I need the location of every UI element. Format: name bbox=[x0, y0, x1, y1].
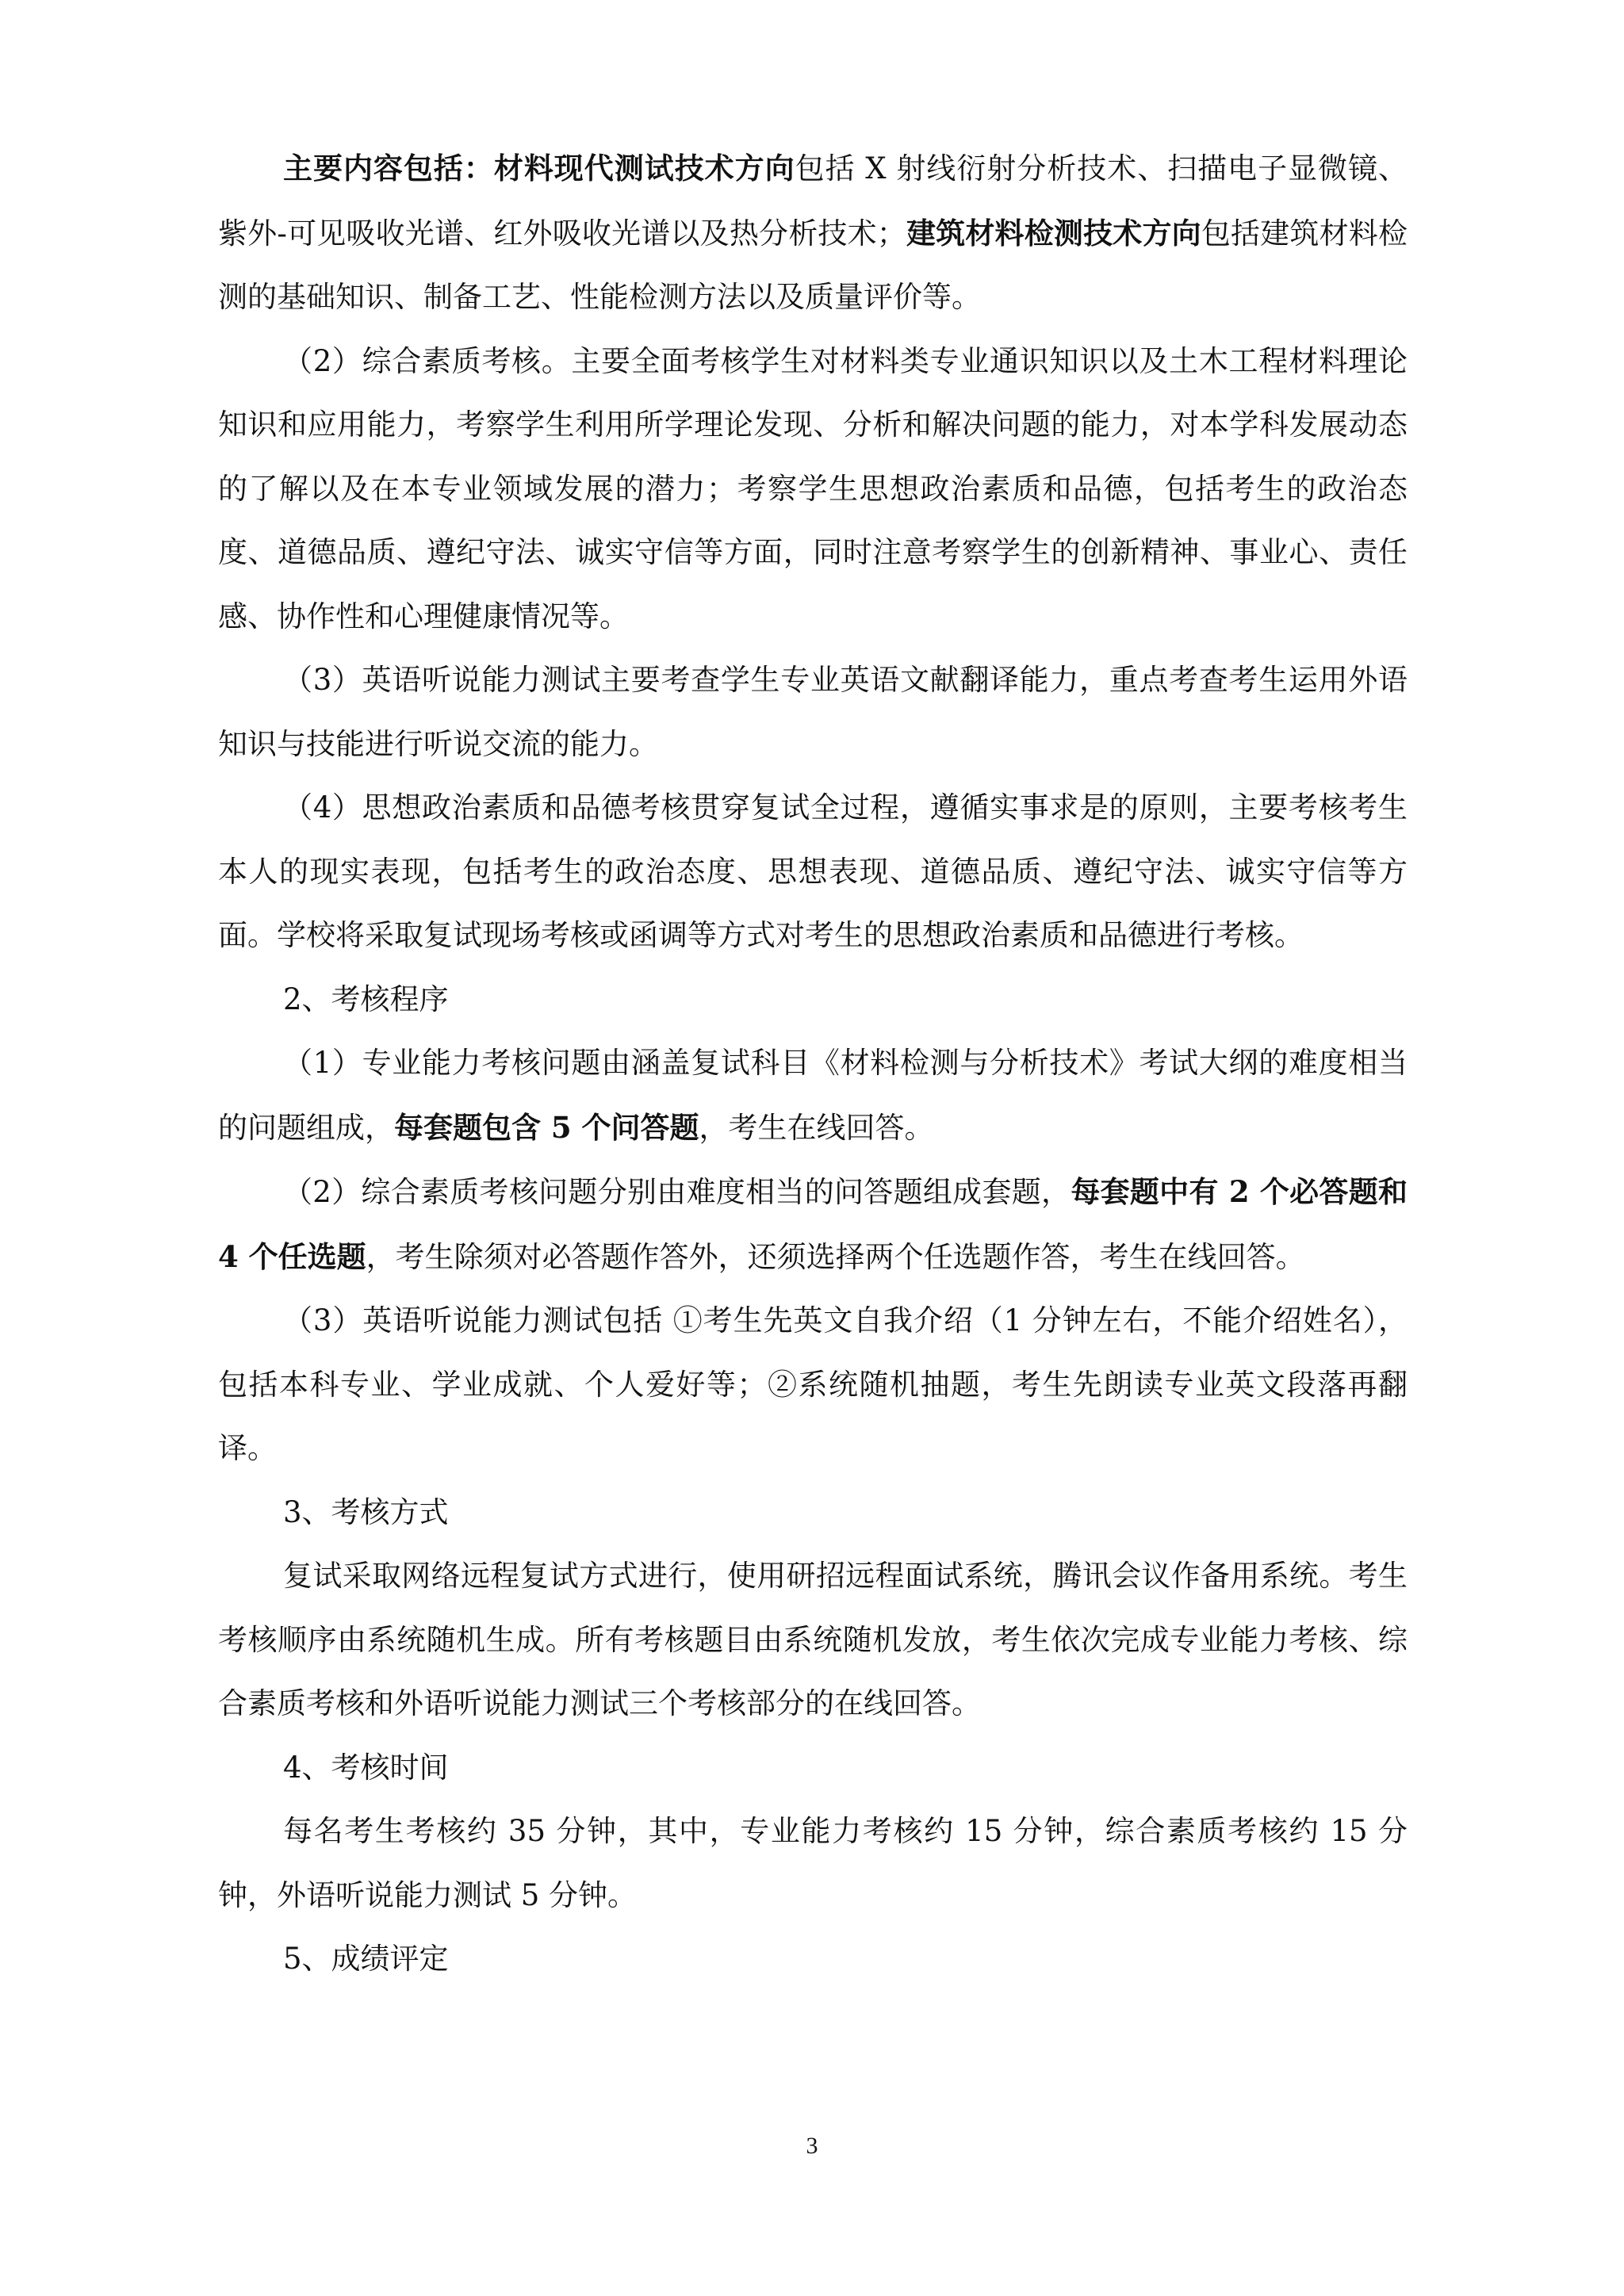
paragraph-proc-3: （3）英语听说能力测试包括 ①考生先英文自我介绍（1 分钟左右，不能介绍姓名），… bbox=[218, 1289, 1408, 1481]
text-run: 4、考核时间 bbox=[283, 1751, 449, 1785]
paragraph-item-2: （2）综合素质考核。主要全面考核学生对材料类专业通识知识以及土木工程材料理论知识… bbox=[218, 330, 1408, 649]
paragraph-item-4: （4）思想政治素质和品德考核贯穿复试全过程，遵循实事求是的原则，主要考核考生本人… bbox=[218, 776, 1408, 968]
document-page: 主要内容包括：材料现代测试技术方向包括 X 射线衍射分析技术、扫描电子显微镜、紫… bbox=[218, 136, 1408, 1992]
text-run: 复试采取网络远程复试方式进行，使用研招远程面试系统，腾讯会议作备用系统。考生考核… bbox=[218, 1559, 1408, 1720]
text-run: （2）综合素质考核问题分别由难度相当的问答题组成套题， bbox=[283, 1175, 1071, 1209]
text-run: （3）英语听说能力测试主要考查学生专业英语文献翻译能力，重点考查考生运用外语知识… bbox=[218, 663, 1408, 761]
paragraph-item-3: （3）英语听说能力测试主要考查学生专业英语文献翻译能力，重点考查考生运用外语知识… bbox=[218, 649, 1408, 776]
paragraph-proc-1: （1）专业能力考核问题由涵盖复试科目《材料检测与分析技术》考试大纲的难度相当的问… bbox=[218, 1031, 1408, 1160]
text-run: （3）英语听说能力测试包括 ①考生先英文自我介绍（1 分钟左右，不能介绍姓名），… bbox=[218, 1303, 1408, 1465]
paragraph-heading-2: 2、考核程序 bbox=[218, 968, 1408, 1032]
paragraph-time: 每名考生考核约 35 分钟，其中，专业能力考核约 15 分钟，综合素质考核约 1… bbox=[218, 1800, 1408, 1927]
paragraph-method: 复试采取网络远程复试方式进行，使用研招远程面试系统，腾讯会议作备用系统。考生考核… bbox=[218, 1544, 1408, 1736]
page-number: 3 bbox=[0, 2133, 1624, 2160]
paragraph-heading-4: 4、考核时间 bbox=[218, 1736, 1408, 1800]
text-run: ，考生除须对必答题作答外，还须选择两个任选题作答，考生在线回答。 bbox=[366, 1240, 1305, 1274]
paragraph-proc-2: （2）综合素质考核问题分别由难度相当的问答题组成套题，每套题中有 2 个必答题和… bbox=[218, 1160, 1408, 1289]
text-run: （2）综合素质考核。主要全面考核学生对材料类专业通识知识以及土木工程材料理论知识… bbox=[218, 344, 1408, 633]
text-run: 每名考生考核约 35 分钟，其中，专业能力考核约 15 分钟，综合素质考核约 1… bbox=[218, 1814, 1408, 1912]
bold-text-run: 材料现代测试技术方向 bbox=[494, 151, 795, 186]
bold-text-run: 建筑材料检测技术方向 bbox=[906, 216, 1201, 251]
text-run: ，考生在线回答。 bbox=[699, 1111, 934, 1145]
text-run: 2、考核程序 bbox=[283, 982, 449, 1016]
text-run: （4）思想政治素质和品德考核贯穿复试全过程，遵循实事求是的原则，主要考核考生本人… bbox=[218, 790, 1408, 952]
bold-text-run: 每套题包含 5 个问答题 bbox=[394, 1110, 699, 1145]
paragraph-content: 主要内容包括：材料现代测试技术方向包括 X 射线衍射分析技术、扫描电子显微镜、紫… bbox=[218, 136, 1408, 330]
text-run: 5、成绩评定 bbox=[283, 1942, 449, 1976]
paragraph-heading-3: 3、考核方式 bbox=[218, 1481, 1408, 1545]
paragraph-heading-5: 5、成绩评定 bbox=[218, 1927, 1408, 1992]
bold-text-run: 主要内容包括： bbox=[283, 151, 494, 186]
text-run: 3、考核方式 bbox=[283, 1495, 449, 1529]
